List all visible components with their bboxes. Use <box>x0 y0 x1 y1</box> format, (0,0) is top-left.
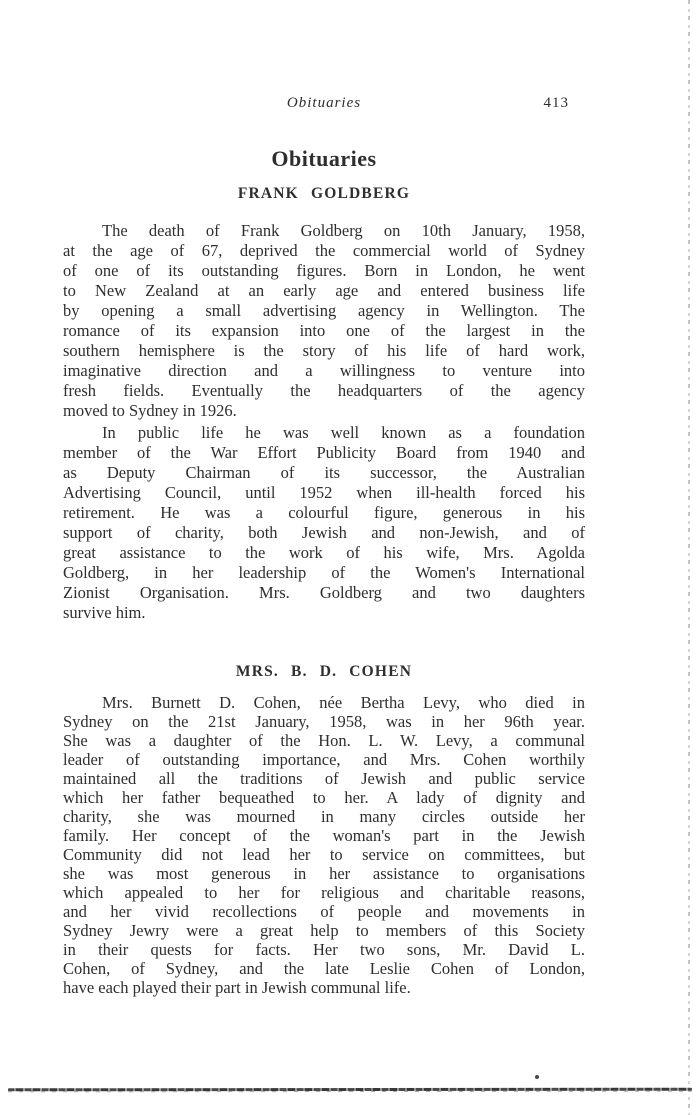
text-line: support of charity, both Jewish and non-… <box>63 523 585 543</box>
text-line: Mrs. Burnett D. Cohen, née Bertha Levy, … <box>63 693 585 712</box>
text-line: Sydney Jewry were a great help to member… <box>63 921 585 940</box>
text-line: fresh fields. Eventually the headquarter… <box>63 381 585 401</box>
scanned-page: Obituaries 413 Obituaries FRANK GOLDBERG… <box>0 0 700 1115</box>
text-line: great assistance to the work of his wife… <box>63 543 585 563</box>
text-line: maintained all the traditions of Jewish … <box>63 769 585 788</box>
text-line: Goldberg, in her leadership of the Women… <box>63 563 585 583</box>
text-line: family. Her concept of the woman's part … <box>63 826 585 845</box>
text-line: as Deputy Chairman of its successor, the… <box>63 463 585 483</box>
text-line: of one of its outstanding figures. Born … <box>63 261 585 281</box>
text-line: In public life he was well known as a fo… <box>63 423 585 443</box>
obituary-paragraph: In public life he was well known as a fo… <box>63 423 585 623</box>
page-title: Obituaries <box>63 146 585 172</box>
scan-artifact-dot <box>535 1075 539 1079</box>
text-line: southern hemisphere is the story of his … <box>63 341 585 361</box>
text-line: which her father bequeathed to her. A la… <box>63 788 585 807</box>
text-line: retirement. He was a colourful figure, g… <box>63 503 585 523</box>
page-number: 413 <box>544 95 570 112</box>
text-line: Zionist Organisation. Mrs. Goldberg and … <box>63 583 585 603</box>
text-line: at the age of 67, deprived the commercia… <box>63 241 585 261</box>
text-line: She was a daughter of the Hon. L. W. Lev… <box>63 731 585 750</box>
text-line: The death of Frank Goldberg on 10th Janu… <box>63 221 585 241</box>
text-line: Cohen, of Sydney, and the late Leslie Co… <box>63 959 585 978</box>
text-line: imaginative direction and a willingness … <box>63 361 585 381</box>
text-line: and her vivid recollections of people an… <box>63 902 585 921</box>
section-heading-frank-goldberg: FRANK GOLDBERG <box>63 185 585 203</box>
text-line: leader of outstanding importance, and Mr… <box>63 750 585 769</box>
text-line: by opening a small advertising agency in… <box>63 301 585 321</box>
obituary-paragraph: The death of Frank Goldberg on 10th Janu… <box>63 221 585 421</box>
text-line: have each played their part in Jewish co… <box>63 978 585 997</box>
obituary-paragraph: Mrs. Burnett D. Cohen, née Bertha Levy, … <box>63 693 585 997</box>
text-line: Sydney on the 21st January, 1958, was in… <box>63 712 585 731</box>
running-header-title: Obituaries <box>287 95 361 111</box>
running-header: Obituaries 413 <box>63 95 585 113</box>
text-line: Community did not lead her to service on… <box>63 845 585 864</box>
text-line: in their quests for facts. Her two sons,… <box>63 940 585 959</box>
text-line: to New Zealand at an early age and enter… <box>63 281 585 301</box>
text-line: she was most generous in her assistance … <box>63 864 585 883</box>
section-heading-mrs-cohen: MRS. B. D. COHEN <box>63 663 585 681</box>
text-line: survive him. <box>63 603 585 623</box>
scan-artifact-bottom-line <box>8 1088 692 1092</box>
text-line: romance of its expansion into one of the… <box>63 321 585 341</box>
text-line: Advertising Council, until 1952 when ill… <box>63 483 585 503</box>
text-line: charity, she was mourned in many circles… <box>63 807 585 826</box>
text-line: which appealed to her for religious and … <box>63 883 585 902</box>
text-line: moved to Sydney in 1926. <box>63 401 585 421</box>
text-line: member of the War Effort Publicity Board… <box>63 443 585 463</box>
scan-artifact-page-edge <box>688 0 690 1115</box>
